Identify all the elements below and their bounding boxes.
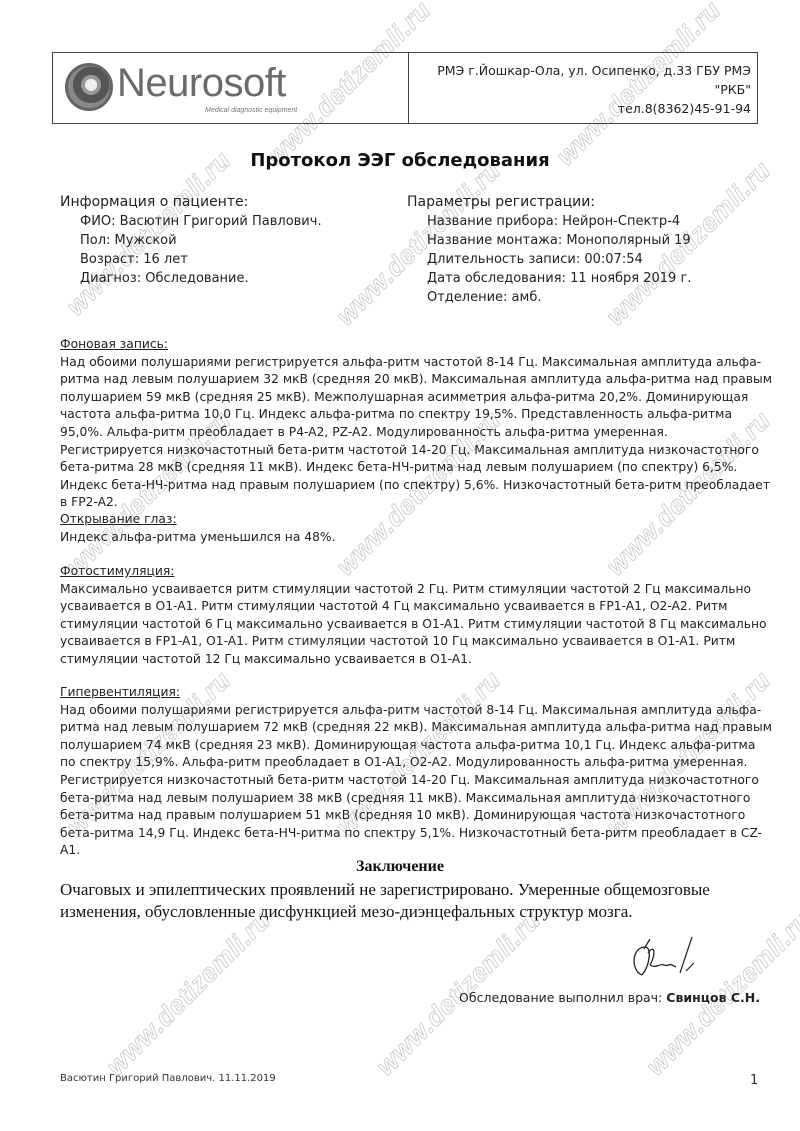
exam-date: Дата обследования: 11 ноября 2019 г. [407,269,691,288]
registration-heading: Параметры регистрации: [407,192,691,212]
patient-name: ФИО: Васютин Григорий Павлович. [60,212,322,231]
device-name: Название прибора: Нейрон-Спектр-4 [407,212,691,231]
department: Отделение: амб. [407,288,691,307]
section-photostimulation: Фотостимуляция: Максимально усваивается … [60,563,772,669]
section-paragraph: Регистрируется низкочастотный бета-ритм … [60,772,772,860]
section-hyperventilation: Гипервентиляция: Над обоими полушариями … [60,684,772,860]
patient-age: Возраст: 16 лет [60,250,322,269]
section-title: Открывание глаз: [60,511,772,529]
footer-patient-date: Васютин Григорий Павлович. 11.11.2019 [60,1073,276,1084]
patient-sex: Пол: Мужской [60,231,322,250]
registration-params: Параметры регистрации: Название прибора:… [407,192,691,307]
institution-address: РМЭ г.Йошкар-Ола, ул. Осипенко, д.33 ГБУ… [409,53,757,123]
section-title: Фотостимуляция: [60,563,772,581]
page-number: 1 [750,1073,758,1088]
patient-diagnosis: Диагноз: Обследование. [60,269,322,288]
section-paragraph: Индекс альфа-ритма уменьшился на 48%. [60,529,772,547]
section-paragraph: Над обоими полушариями регистрируется ал… [60,354,772,442]
conclusion-title: Заключение [0,858,800,876]
section-title: Фоновая запись: [60,336,772,354]
neurosoft-logo-icon [65,63,113,111]
phone-line: тел.8(8362)45-91-94 [409,99,751,118]
patient-info-heading: Информация о пациенте: [60,192,322,212]
logo-text: Neurosoft [117,61,286,106]
conclusion-text: Очаговых и эпилептических проявлений не … [60,879,740,922]
section-title: Гипервентиляция: [60,684,772,702]
section-background: Фоновая запись: Над обоими полушариями р… [60,336,772,512]
patient-info: Информация о пациенте: ФИО: Васютин Григ… [60,192,322,288]
letterhead: Neurosoft Medical diagnostic equipment Р… [52,52,758,124]
page-title: Протокол ЭЭГ обследования [0,150,800,171]
section-paragraph: Над обоими полушариями регистрируется ал… [60,702,772,772]
document-page: Neurosoft Medical diagnostic equipment Р… [0,0,800,1131]
doctor-name: Свинцов С.Н. [666,990,760,1005]
logo-tagline: Medical diagnostic equipment [205,107,297,114]
logo-area: Neurosoft Medical diagnostic equipment [53,53,409,123]
address-line: РМЭ г.Йошкар-Ола, ул. Осипенко, д.33 ГБУ… [409,61,751,99]
section-paragraph: Регистрируется низкочастотный бета-ритм … [60,442,772,512]
montage-name: Название монтажа: Монополярный 19 [407,231,691,250]
signature-icon [620,935,710,990]
section-paragraph: Максимально усваивается ритм стимуляции … [60,581,772,669]
signed-by-label: Обследование выполнил врач: [459,990,662,1005]
record-duration: Длительность записи: 00:07:54 [407,250,691,269]
signed-by: Обследование выполнил врач: Свинцов С.Н. [459,990,760,1005]
section-eyes-open: Открывание глаз: Индекс альфа-ритма умен… [60,511,772,546]
